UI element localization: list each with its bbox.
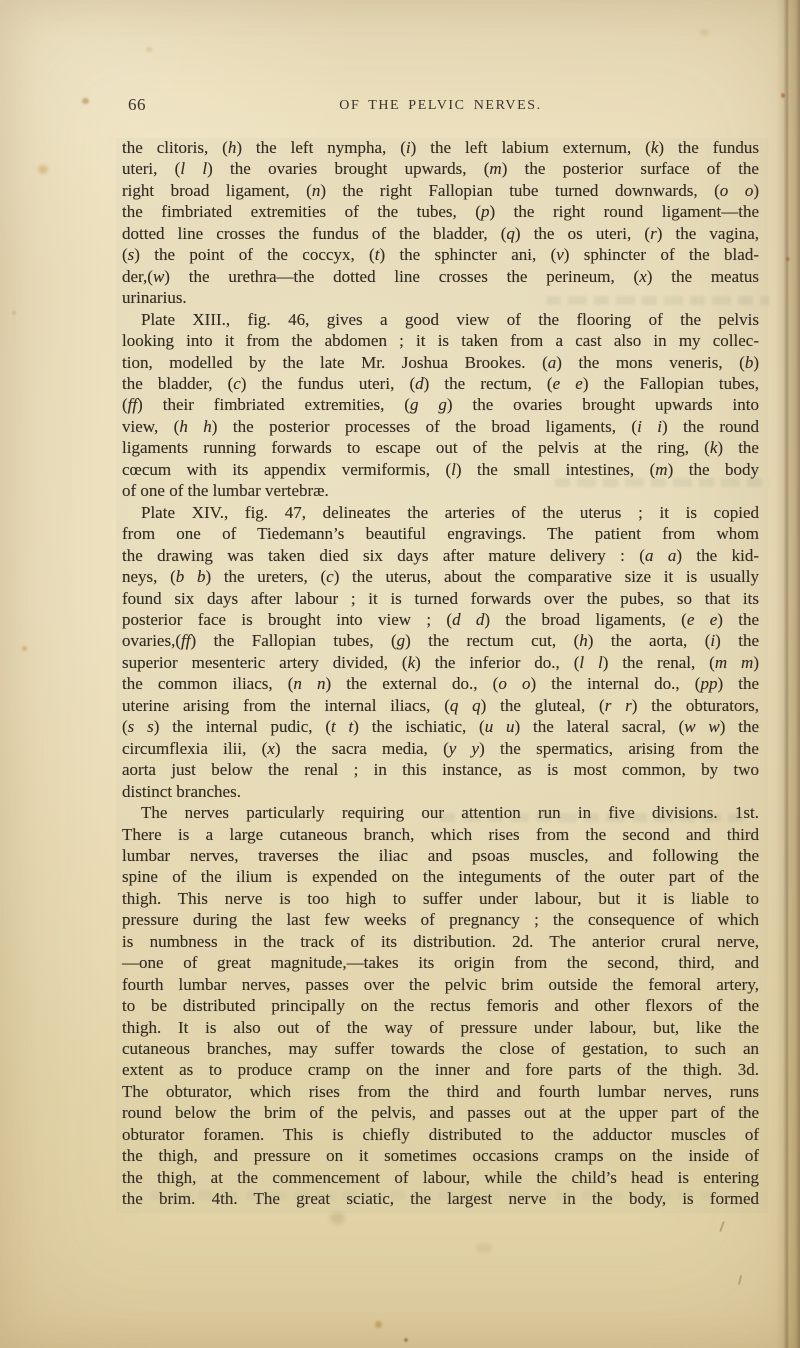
book-gutter-edge (776, 0, 800, 1348)
text-line: urinarius. (122, 287, 759, 308)
text-line: round below the brim of the pelvis, and … (122, 1102, 759, 1123)
text-line: lumbar nerves, traverses the iliac and p… (122, 845, 759, 866)
text-line: extent as to produce cramp on the inner … (122, 1059, 759, 1080)
text-line: obturator foramen. This is chiefly distr… (122, 1124, 759, 1145)
ink-slash-mark (719, 1221, 725, 1232)
paper-stain (146, 47, 152, 52)
body-text: the clitoris, (h) the left nympha, (i) t… (122, 137, 759, 1210)
paper-stain (12, 311, 16, 315)
text-line: the thigh, and pressure on it sometimes … (122, 1145, 759, 1166)
text-line: ovaries,(ff) the Fallopian tubes, (g) th… (122, 630, 759, 651)
text-line: spine of the ilium is expended on the in… (122, 866, 759, 887)
text-line: the bladder, (c) the fundus uteri, (d) t… (122, 373, 759, 394)
running-header: OF THE PELVIC NERVES. (122, 98, 759, 114)
paper-stain (476, 1243, 492, 1253)
text-line: The obturator, which rises from the thir… (122, 1081, 759, 1102)
scanned-book-page: 66 OF THE PELVIC NERVES. the clitoris, (… (0, 0, 800, 1348)
page-header: 66 OF THE PELVIC NERVES. (122, 95, 759, 117)
text-line: ligaments running forwards to escape out… (122, 437, 759, 458)
text-line: the thigh, at the commencement of labour… (122, 1167, 759, 1188)
text-line: der,(w) the urethra—the dotted line cros… (122, 266, 759, 287)
text-line: the brim. 4th. The great sciatic, the la… (122, 1188, 759, 1209)
text-line: right broad ligament, (n) the right Fall… (122, 180, 759, 201)
text-line: Plate XIII., fig. 46, gives a good view … (122, 309, 759, 330)
paper-stain (330, 1212, 345, 1224)
text-line: The nerves particularly requiring our at… (122, 802, 759, 823)
text-line: looking into it from the abdomen ; it is… (122, 330, 759, 351)
paper-stain (375, 1321, 382, 1328)
text-line: to be distributed principally on the rec… (122, 995, 759, 1016)
text-line: uteri, (l l) the ovaries brought upwards… (122, 158, 759, 179)
paper-stain (38, 165, 48, 174)
text-line: the drawing was taken died six days afte… (122, 545, 759, 566)
paper-stain (82, 98, 89, 104)
text-line: of one of the lumbar vertebræ. (122, 480, 759, 501)
text-line: fourth lumbar nerves, passes over the pe… (122, 974, 759, 995)
text-line: cœcum with its appendix vermiformis, (l)… (122, 459, 759, 480)
text-line: distinct branches. (122, 781, 759, 802)
text-line: circumflexia ilii, (x) the sacra media, … (122, 738, 759, 759)
text-line: the clitoris, (h) the left nympha, (i) t… (122, 137, 759, 158)
text-line: thigh. This nerve is too high to suffer … (122, 888, 759, 909)
text-line: neys, (b b) the ureters, (c) the uterus,… (122, 566, 759, 587)
text-line: (s s) the internal pudic, (t t) the isch… (122, 716, 759, 737)
text-line: Plate XIV., fig. 47, delineates the arte… (122, 502, 759, 523)
ink-slash-mark (738, 1275, 742, 1285)
text-line: view, (h h) the posterior processes of t… (122, 416, 759, 437)
text-line: found six days after labour ; it is turn… (122, 588, 759, 609)
text-line: (s) the point of the coccyx, (t) the sph… (122, 244, 759, 265)
text-line: dotted line crosses the fundus of the bl… (122, 223, 759, 244)
text-line: superior mesenteric artery divided, (k) … (122, 652, 759, 673)
paper-stain (700, 29, 709, 36)
text-line: is numbness in the track of its distribu… (122, 931, 759, 952)
text-line: from one of Tiedemann’s beautiful engrav… (122, 523, 759, 544)
paper-stain (22, 646, 27, 651)
text-line: the common iliacs, (n n) the external do… (122, 673, 759, 694)
paper-stain (404, 1338, 408, 1342)
text-line: the fimbriated extremities of the tubes,… (122, 201, 759, 222)
text-line: —one of great magnitude,—takes its origi… (122, 952, 759, 973)
text-line: uterine arising from the internal iliacs… (122, 695, 759, 716)
text-line: aorta just below the renal ; in this ins… (122, 759, 759, 780)
text-line: cutaneous branches, may suffer towards t… (122, 1038, 759, 1059)
text-line: pressure during the last few weeks of pr… (122, 909, 759, 930)
text-line: (ff) their fimbriated extremities, (g g)… (122, 394, 759, 415)
text-line: posterior face is brought into view ; (d… (122, 609, 759, 630)
text-line: There is a large cutaneous branch, which… (122, 824, 759, 845)
text-line: tion, modelled by the late Mr. Joshua Br… (122, 352, 759, 373)
text-line: thigh. It is also out of the way of pres… (122, 1017, 759, 1038)
